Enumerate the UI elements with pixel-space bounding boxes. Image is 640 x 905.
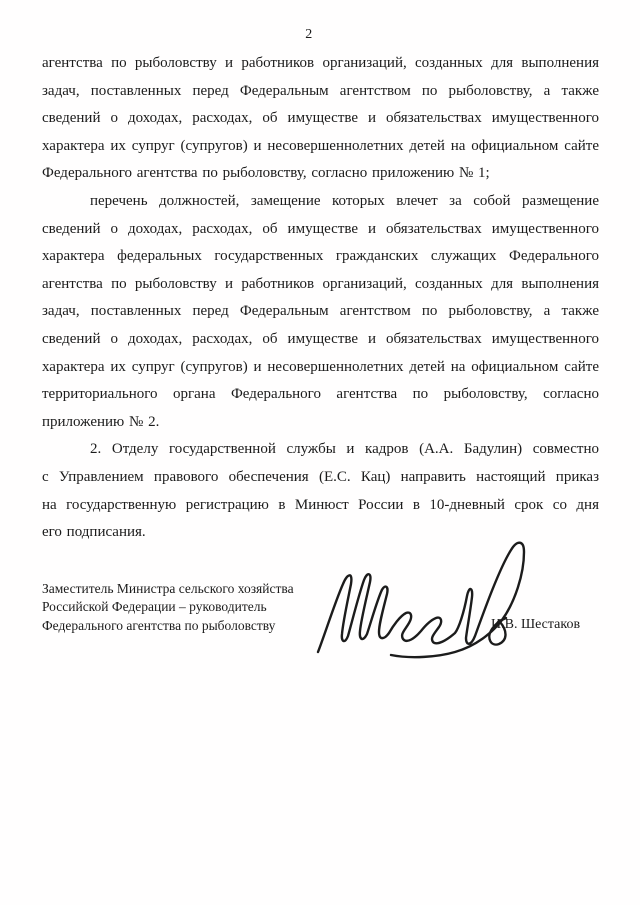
document-page: 2 агентства по рыболовству и работников …: [0, 0, 640, 905]
text-line: 2. Отделу государственной службы и кадро…: [42, 436, 599, 464]
text-line: характера их супруг (супругов) и несовер…: [42, 354, 599, 382]
text-line: агентства по рыболовству и работников ор…: [42, 271, 599, 299]
text-line: сведений о доходах, расходах, об имущест…: [42, 326, 599, 354]
text-line: на государственную регистрацию в Минюст …: [42, 492, 599, 520]
text-line: характера их супруг (супругов) и несовер…: [42, 133, 599, 161]
signer-title-line: Федерального агентства по рыболовству: [42, 617, 342, 635]
paragraph: 2. Отделу государственной службы и кадро…: [42, 436, 599, 546]
text-line: сведений о доходах, расходах, об имущест…: [42, 216, 599, 244]
signer-title: Заместитель Министра сельского хозяйства…: [42, 580, 342, 635]
text-line: территориального органа Федерального аге…: [42, 381, 599, 409]
text-line: агентства по рыболовству и работников ор…: [42, 50, 599, 78]
text-line: с Управлением правового обеспечения (Е.С…: [42, 464, 599, 492]
text-line: задач, поставленных перед Федеральным аг…: [42, 78, 599, 106]
paragraph: агентства по рыболовству и работников ор…: [42, 50, 599, 188]
document-body: агентства по рыболовству и работников ор…: [42, 50, 599, 547]
text-line: сведений о доходах, расходах, об имущест…: [42, 105, 599, 133]
page-number: 2: [0, 27, 618, 43]
signer-name: И.В. Шестаков: [491, 617, 580, 633]
text-line: задач, поставленных перед Федеральным аг…: [42, 298, 599, 326]
text-line: Федерального агентства по рыболовству, с…: [42, 160, 599, 188]
text-line: приложению № 2.: [42, 409, 599, 437]
paragraph: перечень должностей, замещение которых в…: [42, 188, 599, 436]
signer-title-line: Российской Федерации – руководитель: [42, 598, 342, 616]
signer-title-line: Заместитель Министра сельского хозяйства: [42, 580, 342, 598]
text-line: характера федеральных государственных гр…: [42, 243, 599, 271]
signature-ink-icon: [303, 534, 541, 664]
text-line: перечень должностей, замещение которых в…: [42, 188, 599, 216]
